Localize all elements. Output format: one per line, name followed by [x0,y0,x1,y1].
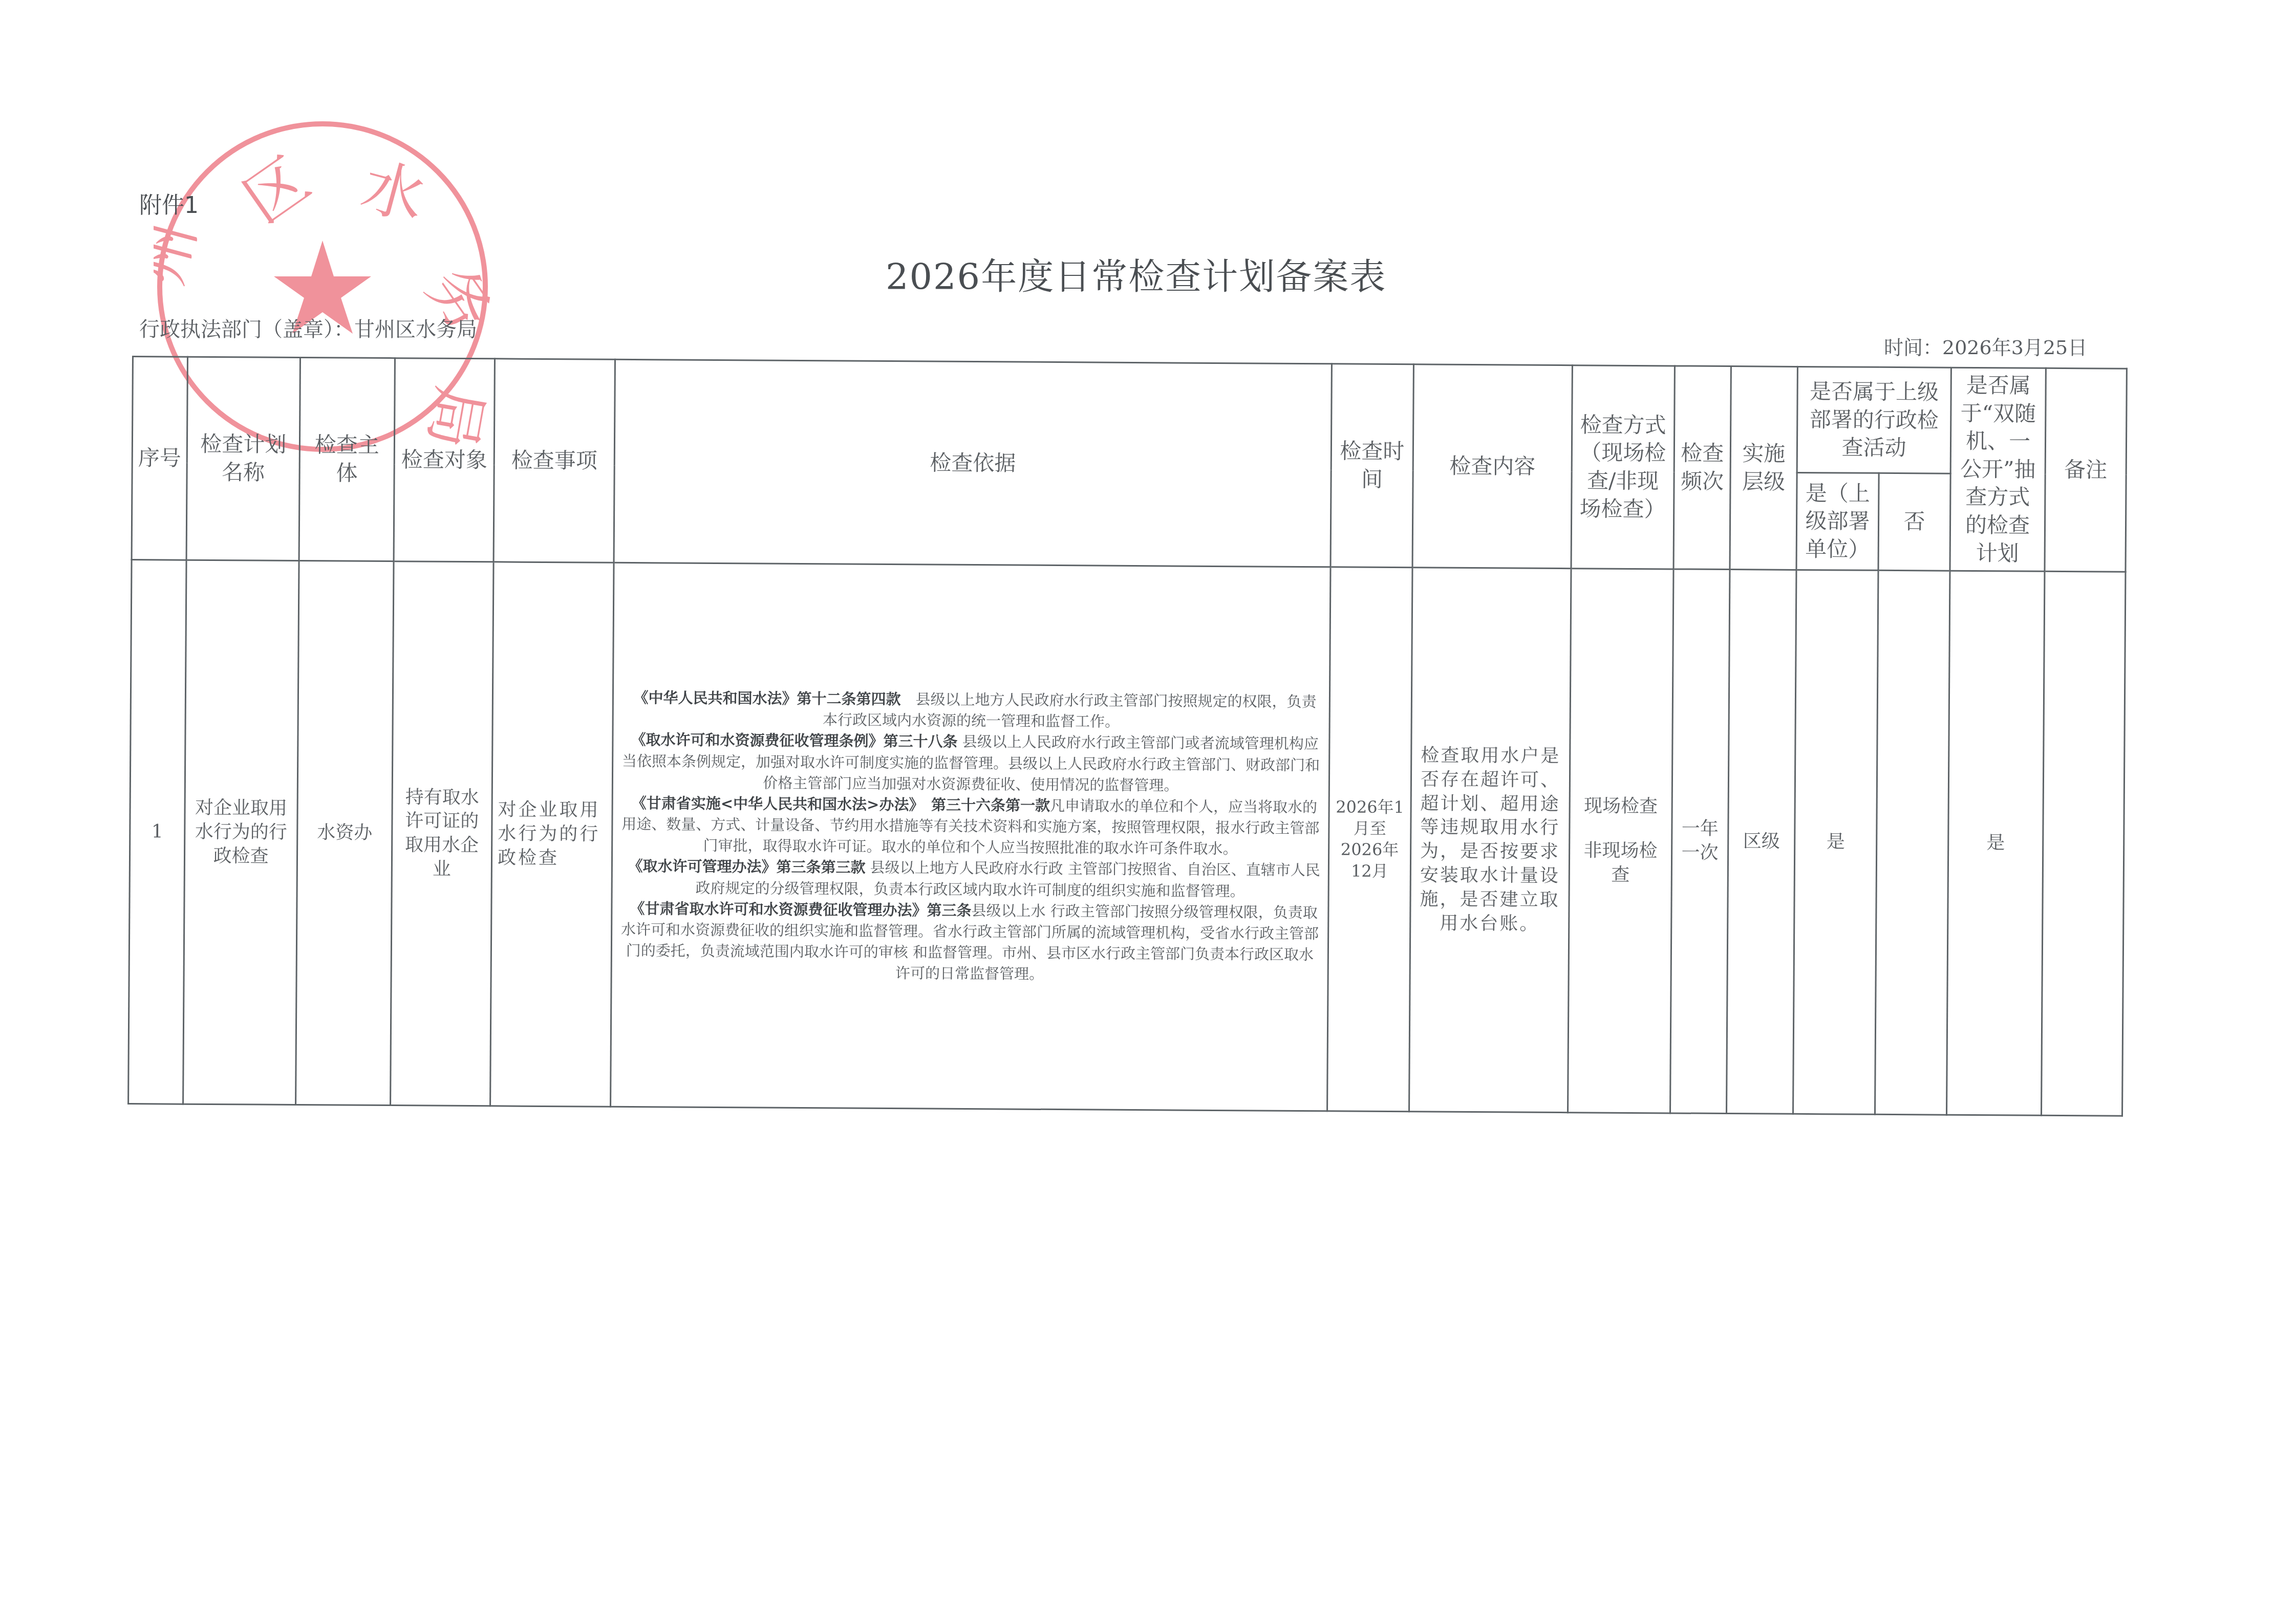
header-superior-group: 是否属于上级部署的行政检查活动 [1797,366,1951,473]
cell-method: 现场检查 非现场检查 [1568,569,1673,1113]
cell-seq: 1 [128,560,186,1105]
basis-law: 《甘肃省实施<中华人民共和国水法>办法》 第三十六条第一款 [632,794,1050,814]
basis-entry: 《甘肃省实施<中华人民共和国水法>办法》 第三十六条第一款凡申请取水的单位和个人… [620,793,1321,860]
cell-subject: 水资办 [296,561,394,1106]
seal-char: 州 [154,214,209,292]
cell-frequency: 一年一次 [1670,569,1730,1114]
basis-law: 《取水许可管理办法》第三条第三款 [628,857,865,876]
cell-superior-no [1875,571,1950,1115]
basis-entry: 《甘肃省取水许可和水资源费征收管理办法》第三条县级以上水 行政主管部门按照分级管… [619,898,1321,987]
header-superior-yes: 是（上级部署单位） [1796,473,1879,571]
seal-char: 区 [231,144,323,237]
header-superior-no: 否 [1878,473,1950,571]
basis-entry: 《取水许可和水资源费征收管理条例》第三十八条 县级以上人民政府水行政主管部门或者… [620,729,1322,797]
document-title: 2026年度日常检查计划备案表 [886,248,1386,300]
cell-level: 区级 [1727,570,1796,1114]
cell-time: 2026年1月至2026年12月 [1327,567,1412,1112]
header-double-random: 是否属于“双随机、一公开”抽查方式的检查计划 [1950,367,2046,571]
date-label: 时间：2026年3月25日 [1884,332,2087,360]
cell-basis: 《中华人民共和国水法》第十二条第四款 县级以上地方人民政府水行政主管部门按照规定… [611,562,1331,1111]
header-target: 检查对象 [394,358,495,562]
inspection-plan-table: 序号 检查计划名称 检查主体 检查对象 检查事项 检查依据 检查时间 检查内容 … [127,356,2128,1117]
cell-plan-name: 对企业取用水行为的行政检查 [183,560,299,1105]
cell-target: 持有取水许可证的取用水企业 [391,561,493,1106]
basis-entry: 《取水许可管理办法》第三条第三款 县级以上地方人民政府水行政 主管部门按照省、自… [620,856,1321,902]
header-method: 检查方式（现场检查/非现场检查） [1571,365,1675,569]
basis-law: 《中华人民共和国水法》第十二条第四款 [634,689,901,708]
header-basis: 检查依据 [614,359,1332,567]
seal-char: 水 [354,150,432,235]
header-level: 实施层级 [1730,366,1797,570]
department-label: 行政执法部门（盖章）：甘州区水务局 [139,313,477,342]
header-item: 检查事项 [493,359,615,563]
method-onsite: 现场检查 [1576,794,1666,819]
cell-double-random: 是 [1947,571,2045,1115]
basis-law: 《甘肃省取水许可和水资源费征收管理办法》第三条 [630,900,971,919]
cell-remarks [2042,571,2126,1116]
header-subject: 检查主体 [299,358,395,561]
header-time: 检查时间 [1331,364,1413,568]
annex-label: 附件1 [139,187,199,220]
cell-superior-yes: 是 [1793,570,1878,1115]
basis-law: 《取水许可和水资源费征收管理条例》第三十八条 [631,731,957,750]
header-frequency: 检查频次 [1673,366,1731,570]
cell-content: 检查取用水户是否存在超许可、超计划、超用途等违规取用水行为，是否按要求安装取水计… [1409,568,1571,1113]
header-seq: 序号 [132,357,187,560]
header-remarks: 备注 [2045,368,2127,572]
cell-item: 对企业取用水行为的行政检查 [490,562,614,1107]
basis-entry: 《中华人民共和国水法》第十二条第四款 县级以上地方人民政府水行政主管部门按照规定… [621,687,1322,734]
method-offsite: 非现场检查 [1575,839,1666,887]
header-plan-name: 检查计划名称 [186,357,300,560]
header-content: 检查内容 [1412,364,1572,569]
table-row: 1 对企业取用水行为的行政检查 水资办 持有取水许可证的取用水企业 对企业取用水… [128,560,2126,1116]
